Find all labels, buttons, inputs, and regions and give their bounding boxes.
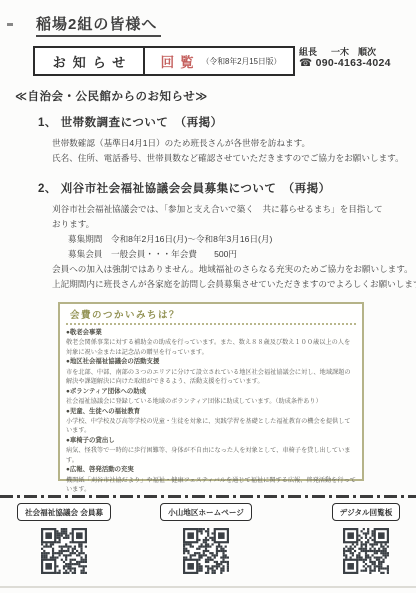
qr-column-koyama-homepage: 小山地区ホームページ	[156, 503, 256, 574]
page-title: 稲場2組の皆様へ	[36, 13, 161, 37]
fee-entry-body: 小学校、中学校及び高等学校の児童・生徒を対象に、実践学習を基礎とした福祉教育の機…	[66, 417, 356, 436]
notice-item-2: 2、 刈谷市社会福祉協議会会員募集について （再掲） 刈谷市社会福祉協議会では、…	[38, 180, 416, 292]
notice-cell: お知らせ	[35, 48, 145, 74]
item-1-line: 氏名、住所、電話番号、世帯員数など確認させていただきますのでご協力をお願いします…	[52, 151, 404, 166]
fee-entry: ●車椅子の貸出し 病気、怪我等で一時的に歩行困難等、身体が不自由になった人を対象…	[66, 436, 356, 465]
fee-entry-heading: ●児童、生徒への福祉教育	[66, 407, 356, 417]
qr-code	[343, 528, 389, 574]
fee-entry-heading: ●敬老会事業	[66, 328, 356, 338]
item-2-number: 2、	[38, 183, 57, 195]
fee-entry-heading: ●地区社会福祉協議会の活動支援	[66, 357, 356, 367]
qr-label-koyama-homepage: 小山地区ホームページ	[160, 503, 252, 521]
item-1-line: 世帯数確認（基準日4月1日）のため班長さんが各世帯を訪ねます。	[52, 136, 404, 151]
section-header: ≪自治会・公民館からのお知らせ≫	[15, 88, 208, 104]
fee-entry-heading: ●車椅子の貸出し	[66, 436, 356, 446]
qr-code	[41, 528, 87, 574]
fee-entry: ●敬老会事業 敬老会関係事業に対する補助金の助成を行っています。また、数え８８歳…	[66, 328, 356, 357]
qr-label-shakyo-membership: 社会福祉協議会 会員募	[17, 503, 111, 521]
notice-kairan-box: お知らせ 回覧 （令和8年2月15日版）	[33, 46, 295, 76]
item-1-heading: 1、 世帯数調査について （再掲）	[38, 114, 404, 130]
fee-box-title: 会費のつかいみちは？	[66, 307, 356, 321]
notice-label: お知らせ	[46, 52, 133, 71]
fee-entry: ●広報、啓発活動の充実 機関紙「刈谷市社協だより」や福祉・健康フェスティバルを通…	[66, 465, 356, 494]
dotted-rule	[66, 323, 356, 325]
fee-entry-body: 機関紙「刈谷市社協だより」や福祉・健康フェスティバルを通じて福祉に関する広報、啓…	[66, 476, 356, 495]
fee-entry-body: 市を北部、中部、南部の３つのエリアに分けて設立されている地区社会福祉協議会に対し…	[66, 368, 356, 387]
kairan-cell: 回覧 （令和8年2月15日版）	[145, 48, 293, 74]
scan-artifact-mark	[7, 23, 13, 26]
fee-entry-heading: ●ボランティア団体への助成	[66, 387, 356, 397]
item-2-heading: 2、 刈谷市社会福祉協議会会員募集について （再掲）	[38, 180, 416, 196]
kairan-edition-date: （令和8年2月15日版）	[202, 56, 282, 67]
dash-dot-divider	[0, 495, 416, 498]
fee-entry-body: 社会福祉協議会に登録している地域のボランティア団体に助成しています。（助成条件あ…	[66, 397, 356, 407]
item-2-line: おります。	[52, 217, 416, 232]
item-1-number: 1、	[38, 117, 57, 129]
qr-column-digital-kairan: デジタル回覧板	[316, 503, 416, 574]
item-2-line: 会員への加入は強制ではありません。地域福祉のさらなる充実のためご協力をお願いしま…	[52, 262, 416, 277]
qr-code	[183, 528, 229, 574]
item-2-line: 刈谷市社会福祉協議会では、「参加と支え合いで築く 共に暮らせるまち」を目指して	[52, 202, 416, 217]
fee-usage-box: 会費のつかいみちは？ ●敬老会事業 敬老会関係事業に対する補助金の助成を行ってい…	[58, 302, 364, 481]
leader-phone-number: 090-4163-4024	[316, 57, 391, 69]
leader-contact-block: 組長 一木 順次 ☎ 090-4163-4024	[299, 47, 391, 69]
fee-entry: ●地区社会福祉協議会の活動支援 市を北部、中部、南部の３つのエリアに分けて設立さ…	[66, 357, 356, 386]
item-2-title: 刈谷市社会福祉協議会会員募集について （再掲）	[61, 183, 331, 195]
notice-item-1: 1、 世帯数調査について （再掲） 世帯数確認（基準日4月1日）のため班長さんが…	[38, 114, 404, 166]
fee-entry-heading: ●広報、啓発活動の充実	[66, 465, 356, 475]
phone-icon: ☎	[299, 57, 312, 69]
scan-bottom-edge	[0, 586, 416, 588]
fee-entry: ●ボランティア団体への助成 社会福祉協議会に登録している地域のボランティア団体に…	[66, 387, 356, 407]
qr-label-digital-kairan: デジタル回覧板	[332, 503, 401, 521]
item-2-recruit-member-fee: 募集会員 一般会員・・・年会費 500円	[68, 247, 416, 262]
fee-entry: ●児童、生徒への福祉教育 小学校、中学校及び高等学校の児童・生徒を対象に、実践学…	[66, 407, 356, 436]
item-1-title: 世帯数調査について （再掲）	[61, 117, 223, 129]
fee-entry-body: 敬老会関係事業に対する補助金の助成を行っています。また、数え８８歳及び数え１００…	[66, 338, 356, 357]
fee-entry-body: 病気、怪我等で一時的に歩行困難等、身体が不自由になった人を対象として、車椅子を貸…	[66, 446, 356, 465]
item-2-line: 上記期間内に班長さんが各家庭を訪問し会員募集させていただきますのでよろしくお願い…	[52, 277, 416, 292]
kairan-label: 回覧	[157, 51, 200, 71]
qr-column-shakyo: 社会福祉協議会 会員募	[14, 503, 114, 574]
item-2-recruit-period: 募集期間 令和8年2月16日(月)～令和8年3月16日(月)	[68, 232, 416, 247]
